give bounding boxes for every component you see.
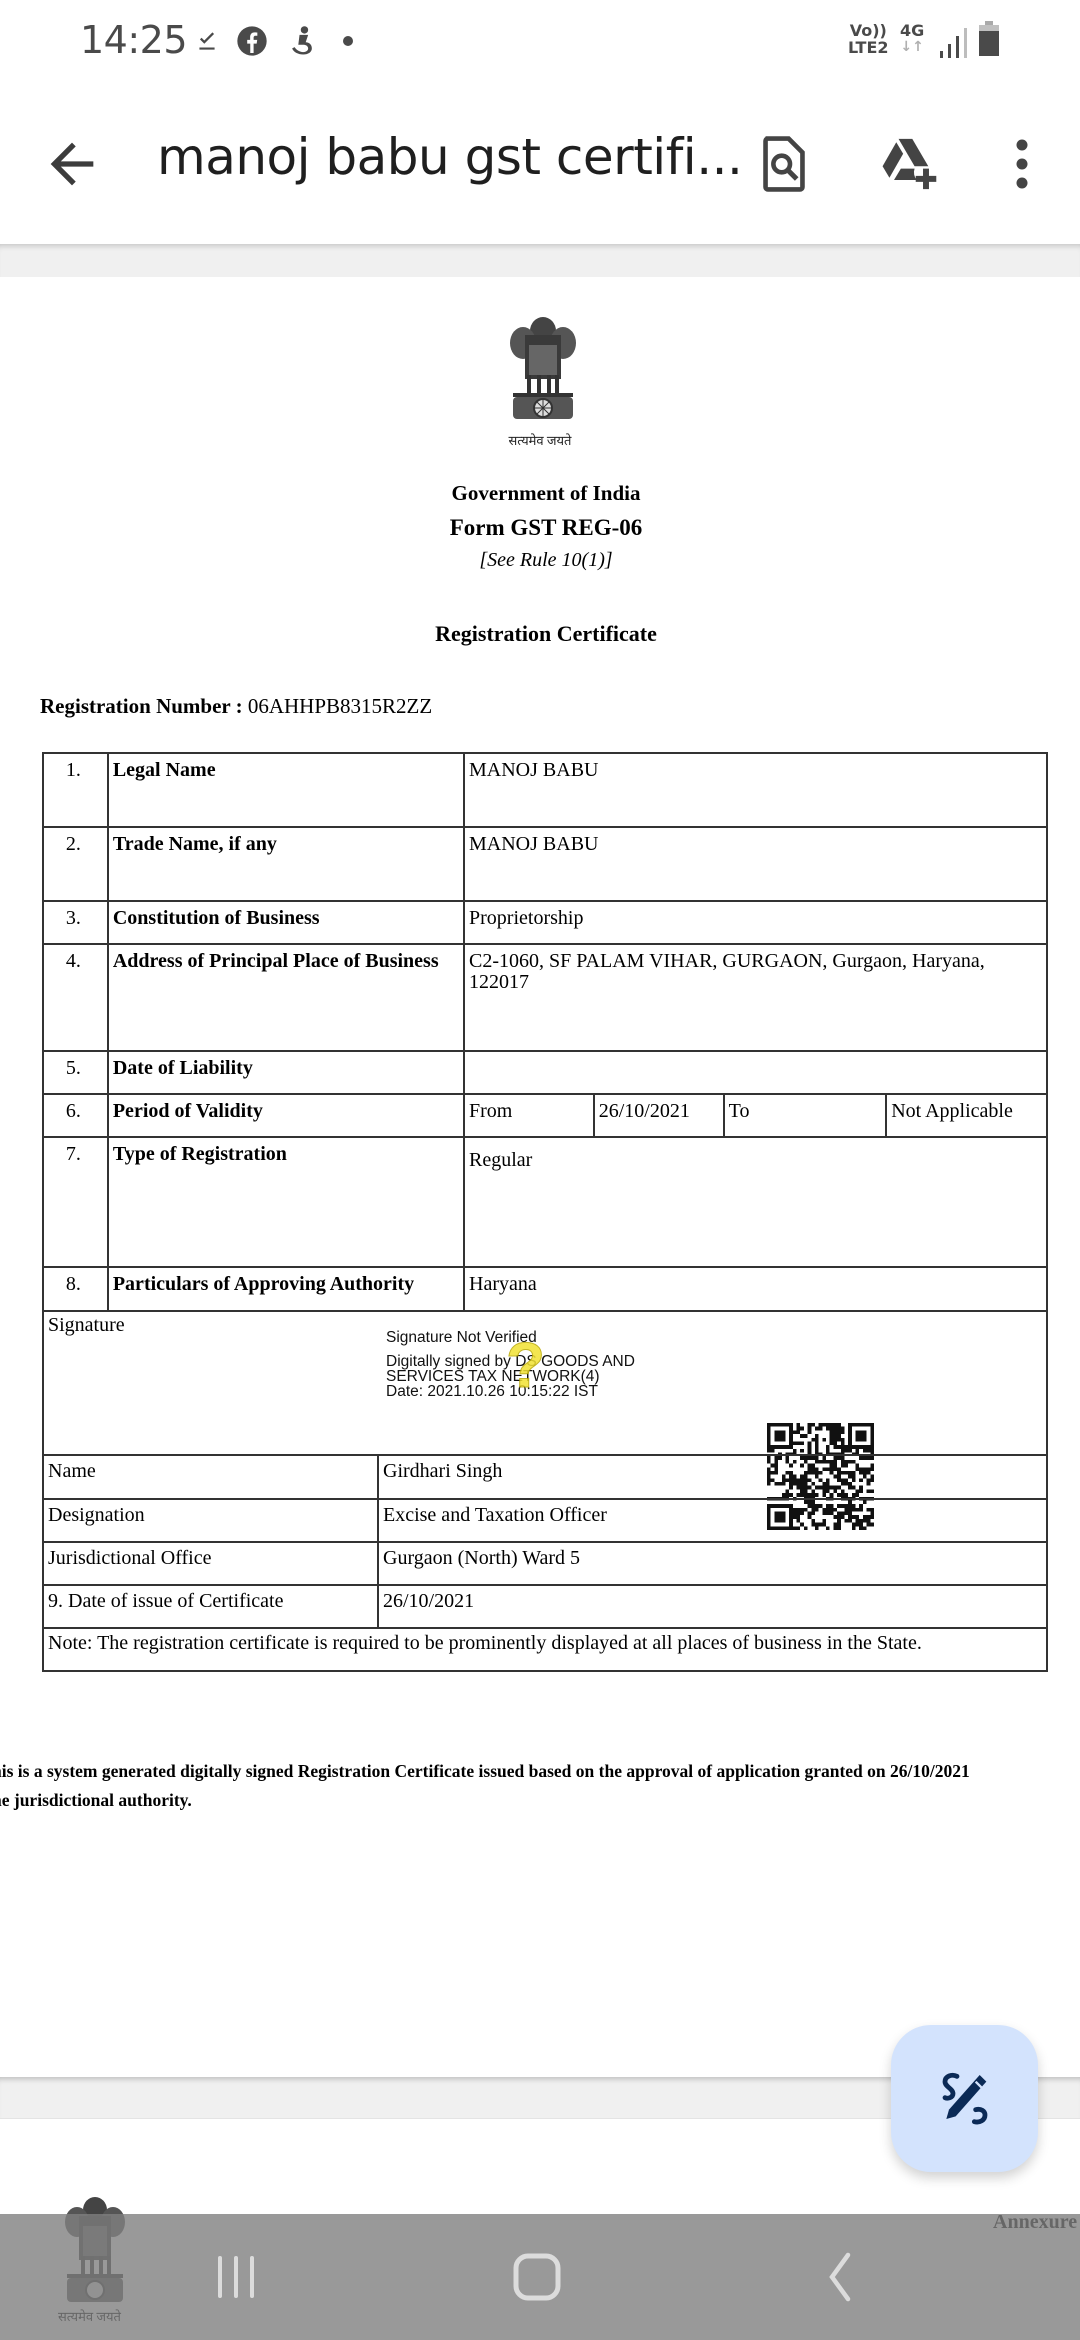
network-type: 4G ↓↑ [900,22,924,56]
system-nav-bar [0,2214,1080,2340]
table-row: 1. Legal Name MANOJ BABU [43,753,1047,827]
signature-box: Signature Signature Not Verified Digital… [42,1306,1048,1456]
app-notification-icon [284,24,320,58]
table-row: 3. Constitution of Business Proprietorsh… [43,901,1047,944]
back-button[interactable] [40,132,104,196]
officer-name-value: Girdhari Singh [378,1456,1047,1499]
more-notifications-dot [340,24,356,58]
officer-details-table: Name Girdhari Singh Designation Excise a… [42,1456,1048,1672]
validity-from-value: 26/10/2021 [594,1094,724,1137]
battery-icon [976,22,1002,56]
annotate-pen-icon [933,2067,997,2131]
approving-authority-value: Haryana [464,1267,1047,1311]
signal-strength-icon [936,26,970,60]
page-gap [0,244,1080,277]
constitution-value: Proprietorship [464,901,1047,944]
registration-details-table: 1. Legal Name MANOJ BABU 2. Trade Name, … [42,752,1048,1312]
registration-type-value: Regular [464,1137,1047,1267]
table-row: Name Girdhari Singh [43,1456,1047,1499]
find-in-document-button[interactable] [748,128,820,200]
registration-number: Registration Number : 06AHHPB8315R2ZZ [40,694,432,719]
system-generated-note: his is a system generated digitally sign… [0,1757,970,1815]
add-to-drive-button[interactable] [874,128,946,200]
add-to-drive-icon [878,136,942,192]
national-emblem-icon [505,315,581,425]
home-button[interactable] [497,2242,577,2312]
system-back-button[interactable] [800,2242,880,2312]
facebook-icon [234,24,270,58]
legal-name-value: MANOJ BABU [464,753,1047,827]
back-icon [822,2251,858,2303]
rule-reference: [See Rule 10(1)] [0,549,1080,572]
table-row: 7. Type of Registration Regular [43,1137,1047,1267]
table-row: 6. Period of Validity From 26/10/2021 To… [43,1094,1047,1137]
address-value: C2-1060, SF PALAM VIHAR, GURGAON, Gurgao… [464,944,1047,1051]
trade-name-value: MANOJ BABU [464,827,1047,901]
issue-date-value: 26/10/2021 [378,1585,1047,1628]
table-row: 5. Date of Liability [43,1051,1047,1094]
emblem-motto: सत्यमेव जयते [0,431,1080,449]
signature-unverified-icon: ? [506,1328,545,1402]
document-title: manoj babu gst certifi... [157,128,742,186]
home-icon [511,2251,563,2303]
table-row: 2. Trade Name, if any MANOJ BABU [43,827,1047,901]
status-time: 14:25 [80,18,187,62]
designation-value: Excise and Taxation Officer [378,1499,1047,1542]
annotate-button[interactable] [891,2025,1038,2172]
jurisdictional-office-value: Gurgaon (North) Ward 5 [378,1542,1047,1585]
validity-to-value: Not Applicable [886,1094,1047,1137]
recent-apps-icon [213,2252,259,2302]
government-heading: Government of India [0,481,1080,506]
download-done-icon [192,24,222,58]
more-vert-icon [1012,138,1032,190]
recent-apps-button[interactable] [196,2242,276,2312]
status-bar: 14:25 Vo)) LTE2 4G ↓↑ [0,0,1080,84]
more-options-button[interactable] [986,128,1058,200]
table-row: 8. Particulars of Approving Authority Ha… [43,1267,1047,1311]
date-of-liability-value [464,1051,1047,1094]
form-heading: Form GST REG-06 [0,515,1080,541]
table-row: 4. Address of Principal Place of Busines… [43,944,1047,1051]
app-toolbar: manoj babu gst certifi... [0,84,1080,244]
table-row: Note: The registration certificate is re… [43,1628,1047,1671]
table-row: Designation Excise and Taxation Officer [43,1499,1047,1542]
certificate-title: Registration Certificate [0,621,1080,647]
volte-indicator: Vo)) LTE2 [848,22,889,56]
table-row: Jurisdictional Office Gurgaon (North) Wa… [43,1542,1047,1585]
display-note: Note: The registration certificate is re… [43,1628,1047,1671]
find-in-document-icon [756,134,812,194]
pdf-page-1[interactable]: सत्यमेव जयते Government of India Form GS… [0,277,1080,2077]
table-row: 9. Date of issue of Certificate 26/10/20… [43,1585,1047,1628]
